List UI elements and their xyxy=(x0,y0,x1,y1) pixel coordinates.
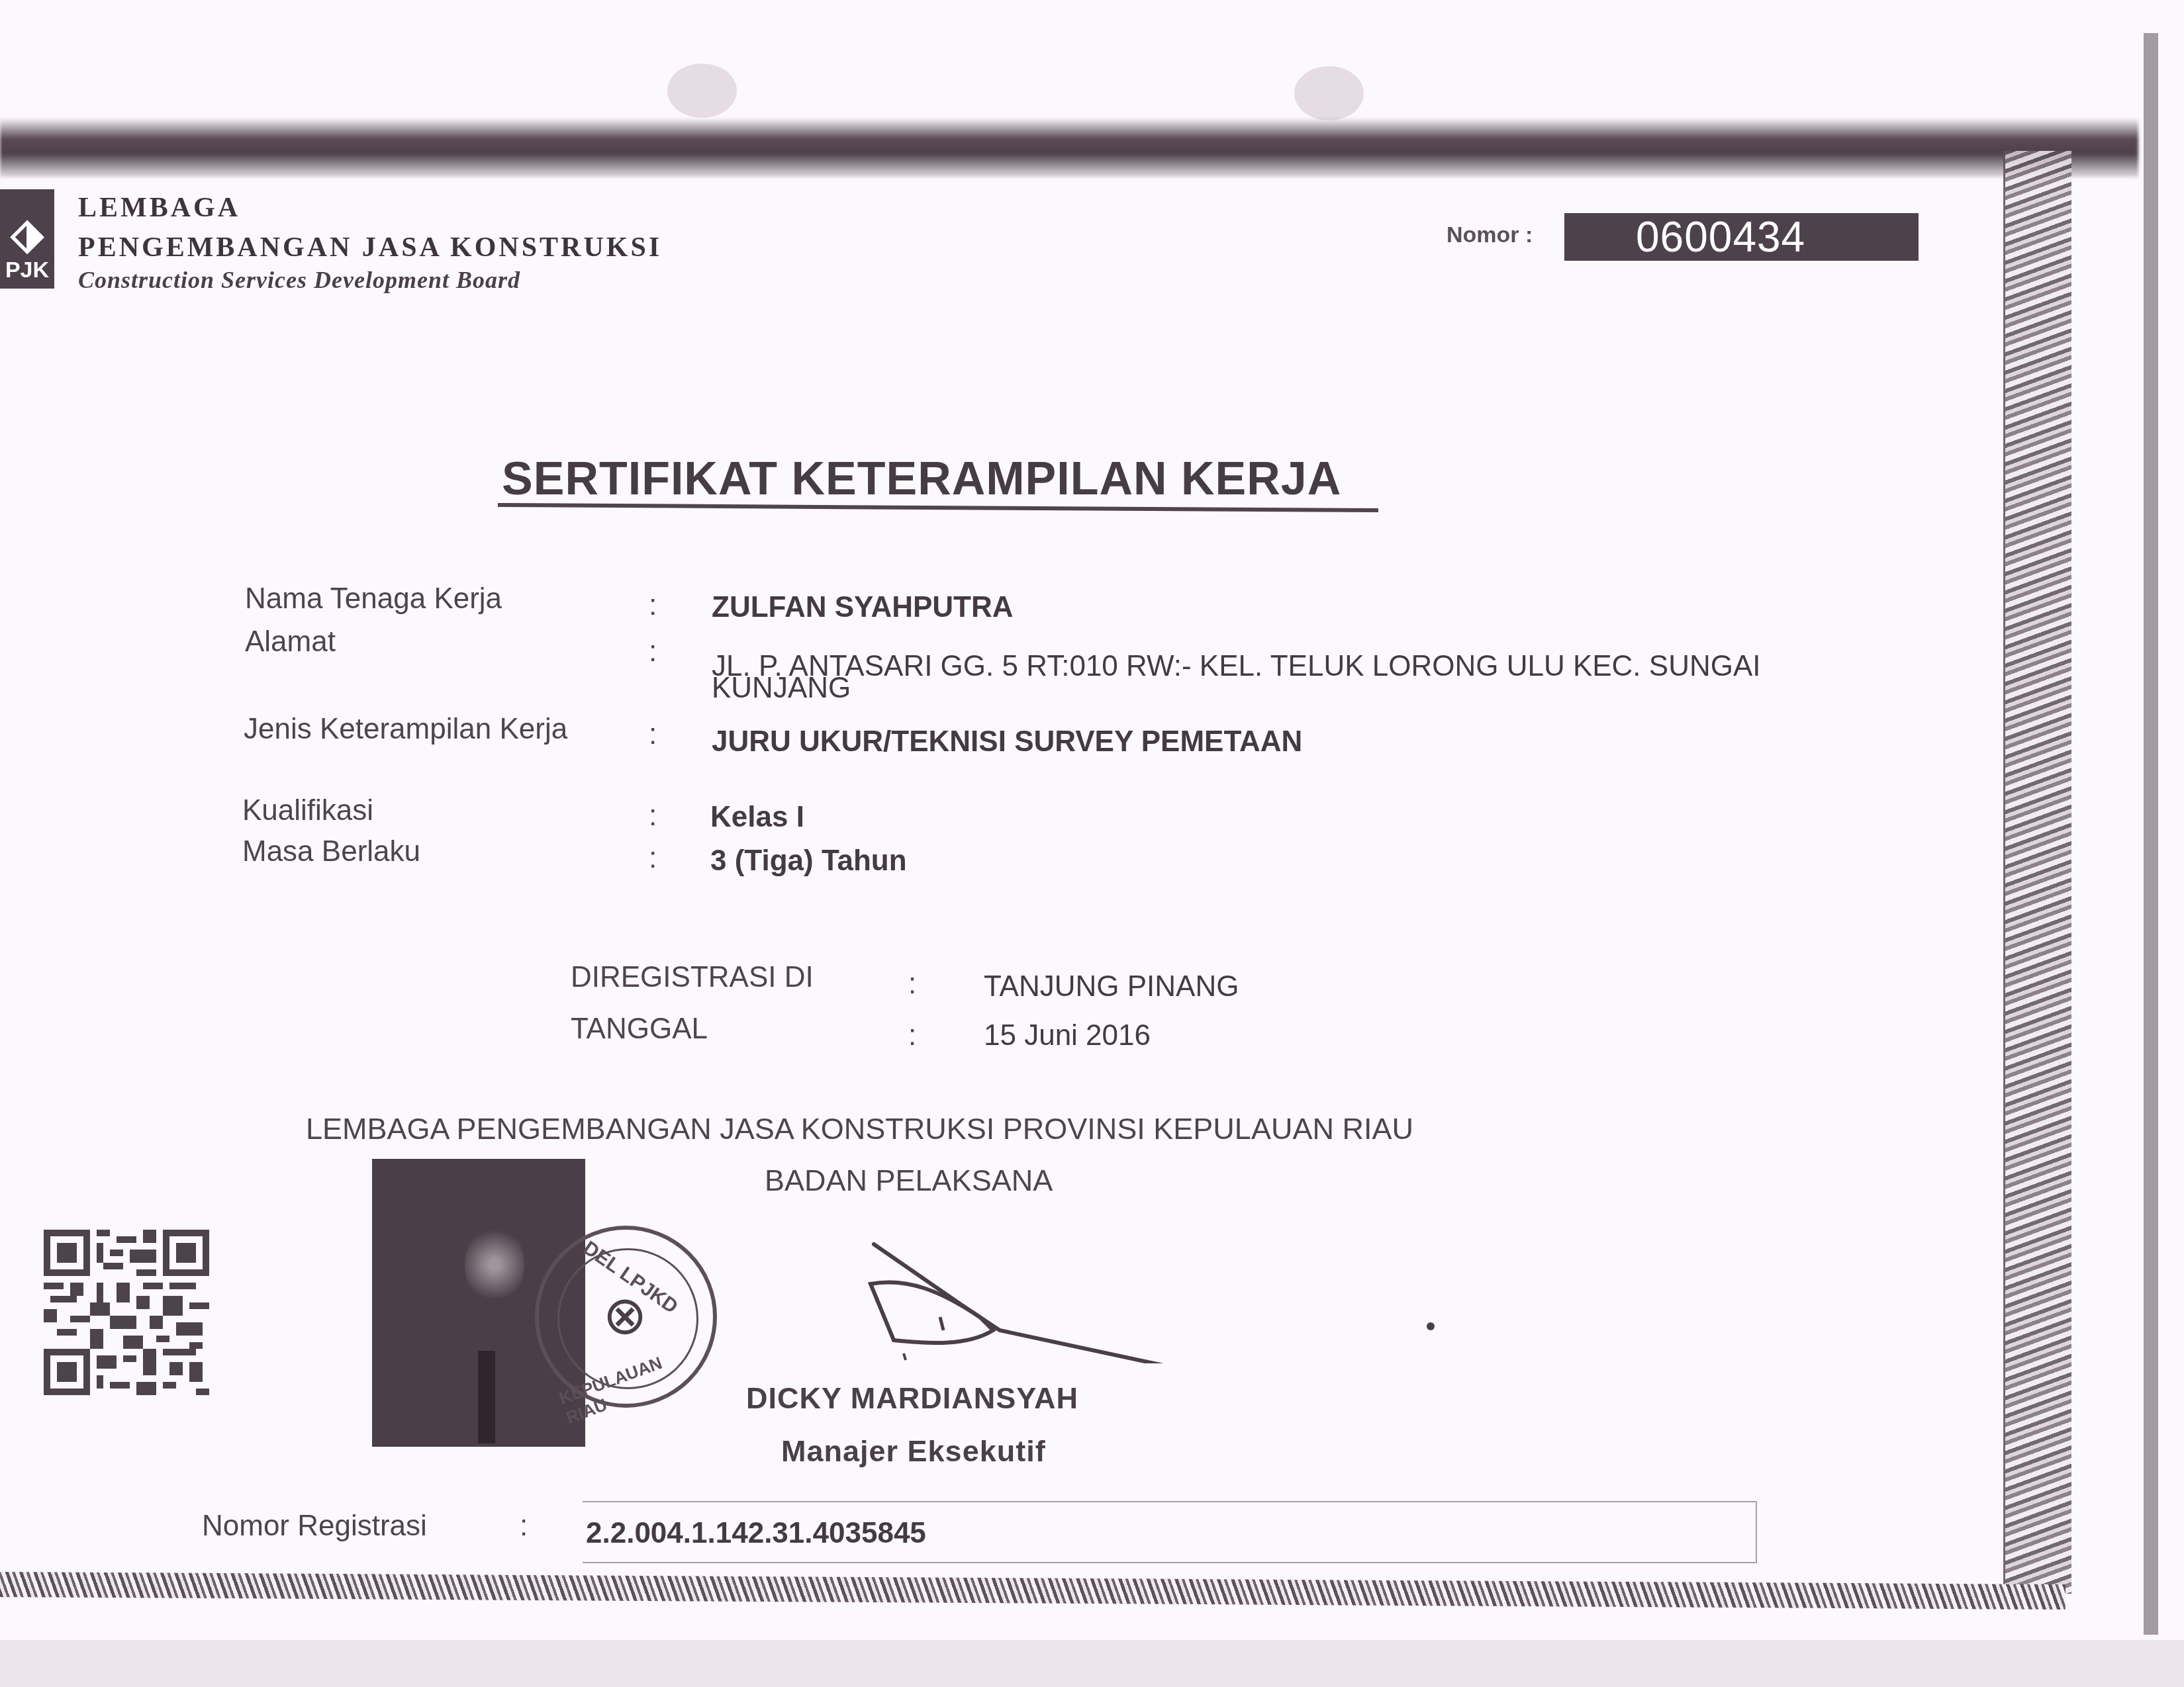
stamp-emblem-icon: ⊗ xyxy=(595,1286,655,1345)
field-value-qualification: Kelas I xyxy=(710,801,804,834)
field-label-validity: Masa Berlaku xyxy=(242,835,420,868)
lpjk-emblem-icon: ⬗ xyxy=(11,212,43,255)
field-colon: : xyxy=(649,842,657,875)
field-value-address-line1: JL. P. ANTASARI GG. 5 RT:010 RW:- KEL. T… xyxy=(712,650,1761,683)
photo-tie xyxy=(478,1351,495,1443)
registered-date-label: TANGGAL xyxy=(571,1013,708,1046)
registered-place-value: TANJUNG PINANG xyxy=(984,970,1239,1003)
registered-date-value: 15 Juni 2016 xyxy=(984,1019,1151,1052)
registration-number-value: 2.2.004.1.142.31.4035845 xyxy=(586,1517,926,1550)
registration-number-label: Nomor Registrasi xyxy=(202,1510,427,1543)
field-colon: : xyxy=(649,635,657,668)
org-name-line2: PENGEMBANGAN JASA KONSTRUKSI xyxy=(78,232,662,263)
document-title: SERTIFIKAT KETERAMPILAN KERJA xyxy=(502,452,1341,505)
issuing-body: BADAN PELAKSANA xyxy=(765,1163,1053,1198)
field-colon: : xyxy=(520,1510,528,1543)
signer-title: Manajer Eksekutif xyxy=(781,1434,1046,1469)
certificate-number-label: Nomor : xyxy=(1447,222,1533,248)
lpjk-logo: ⬗ PJK xyxy=(0,189,54,289)
qr-code xyxy=(43,1230,210,1395)
certificate-document: ⬗ PJK LEMBAGA PENGEMBANGAN JASA KONSTRUK… xyxy=(0,0,2184,1687)
field-colon: : xyxy=(908,1019,916,1052)
field-label-address: Alamat xyxy=(245,625,336,659)
field-label-skill-type: Jenis Keterampilan Kerja xyxy=(244,713,567,746)
org-name-line1: LEMBAGA xyxy=(78,192,240,224)
field-label-name: Nama Tenaga Kerja xyxy=(245,582,502,616)
ink-dot xyxy=(1427,1322,1435,1330)
field-label-qualification: Kualifikasi xyxy=(242,794,373,827)
field-colon: : xyxy=(649,718,657,751)
field-colon: : xyxy=(649,589,657,622)
field-colon: : xyxy=(649,799,657,833)
issuing-organization: LEMBAGA PENGEMBANGAN JASA KONSTRUKSI PRO… xyxy=(306,1112,1413,1146)
certificate-number-value: 0600434 xyxy=(1636,212,1805,261)
signer-name: DICKY MARDIANSYAH xyxy=(746,1381,1078,1416)
field-value-skill-type: JURU UKUR/TEKNISI SURVEY PEMETAAN xyxy=(712,725,1302,758)
certificate-number-box: 0600434 xyxy=(1564,213,1919,261)
org-name-english: Construction Services Development Board xyxy=(78,266,520,294)
official-stamp: DEL LPJKD ⊗ KEPULAUAN RIAU xyxy=(535,1226,717,1408)
registered-place-label: DIREGISTRASI DI xyxy=(571,961,814,994)
photo-face xyxy=(465,1225,524,1304)
field-value-address-line2: KUNJANG xyxy=(712,672,851,705)
logo-text: PJK xyxy=(5,257,49,283)
field-colon: : xyxy=(908,968,916,1001)
handwritten-signature xyxy=(867,1231,1198,1363)
field-value-validity: 3 (Tiga) Tahun xyxy=(710,844,907,878)
field-value-name: ZULFAN SYAHPUTRA xyxy=(712,591,1014,624)
